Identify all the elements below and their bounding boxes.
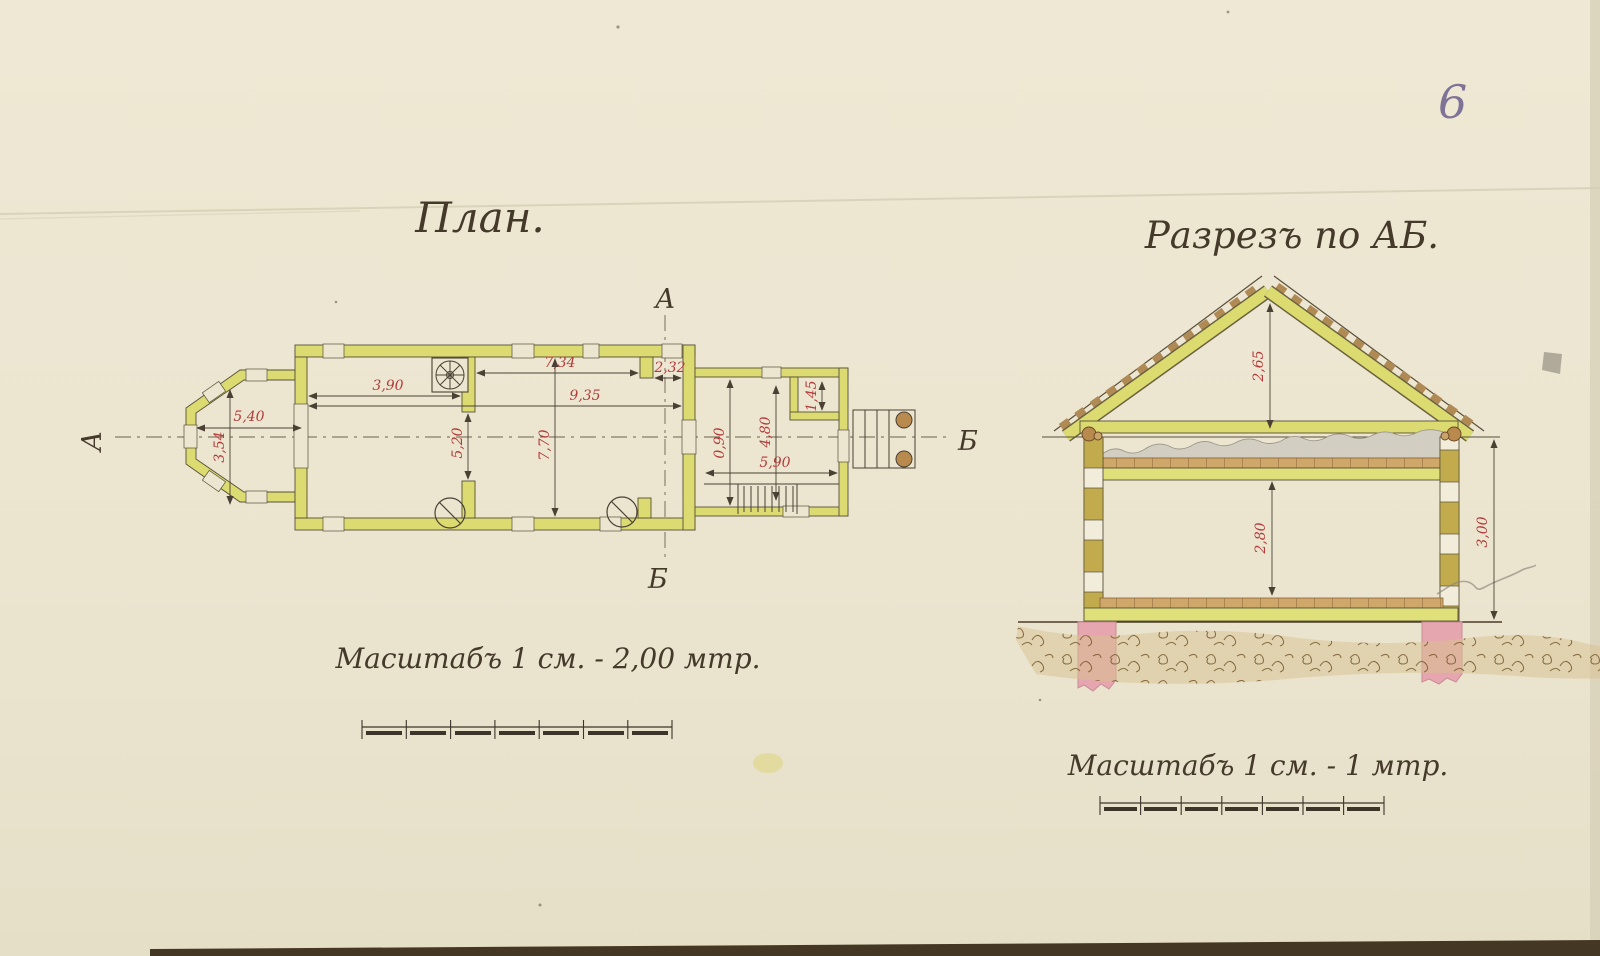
section-title: Разрезъ по АБ. [1144,214,1439,257]
hall-west-wall-lower [295,467,307,518]
partition-south [462,481,475,518]
plan-title: План. [414,193,544,242]
dim-roof-height: 2,65 [1251,350,1267,382]
dim-room-height: 2,80 [1253,522,1269,554]
dim-hall-bay-right: 7,34 [544,355,575,371]
dim-wall-height: 3,00 [1475,516,1491,547]
section-scale-label: Масштабъ 1 см. - 1 мтр. [1067,749,1449,782]
dim-hall-bay-left: 3,90 [372,378,403,394]
dim-hall-length: 9,35 [569,388,600,404]
porch-post [896,451,912,467]
dim-apse-width: 3,54 [212,431,228,462]
hall-north-wall [295,345,695,357]
dim-between-partitions: 5,20 [450,427,466,458]
dim-closet: 1,45 [804,380,820,411]
dim-annex-side: 0,90 [712,427,728,458]
pier-north-east [640,357,653,378]
axis-letter-right: Б [957,426,978,457]
dim-hall-width: 7,70 [537,429,553,460]
page-number: 6 [1438,75,1467,129]
closet-wall-horizontal [790,412,839,420]
tie-beam [1080,421,1458,433]
axis-letter-left: А [77,431,108,453]
paper-stain [753,753,783,773]
ceiling-boards [1100,458,1443,468]
axis-letter-top: А [653,284,675,315]
pier-south-east [638,498,651,518]
plan-scale-label: Масштабъ 1 см. - 2,00 мтр. [334,642,760,675]
hall-west-wall-upper [295,357,307,405]
porch-post [896,412,912,428]
drawing-sheet: 6 План. А Б А Б [0,0,1600,956]
ceiling-beam [1084,468,1458,480]
dim-hall-corner: 2,32 [653,360,685,376]
axis-letter-bottom: Б [647,564,668,595]
floor-boards [1100,598,1443,608]
scan-right-edge [1590,0,1600,956]
dim-annex-inner: 4,80 [758,416,774,448]
fan-rosette [436,361,464,389]
dim-apse-depth: 5,40 [233,409,264,425]
dim-annex-length: 5,90 [759,455,790,471]
floor-beam [1084,608,1458,621]
